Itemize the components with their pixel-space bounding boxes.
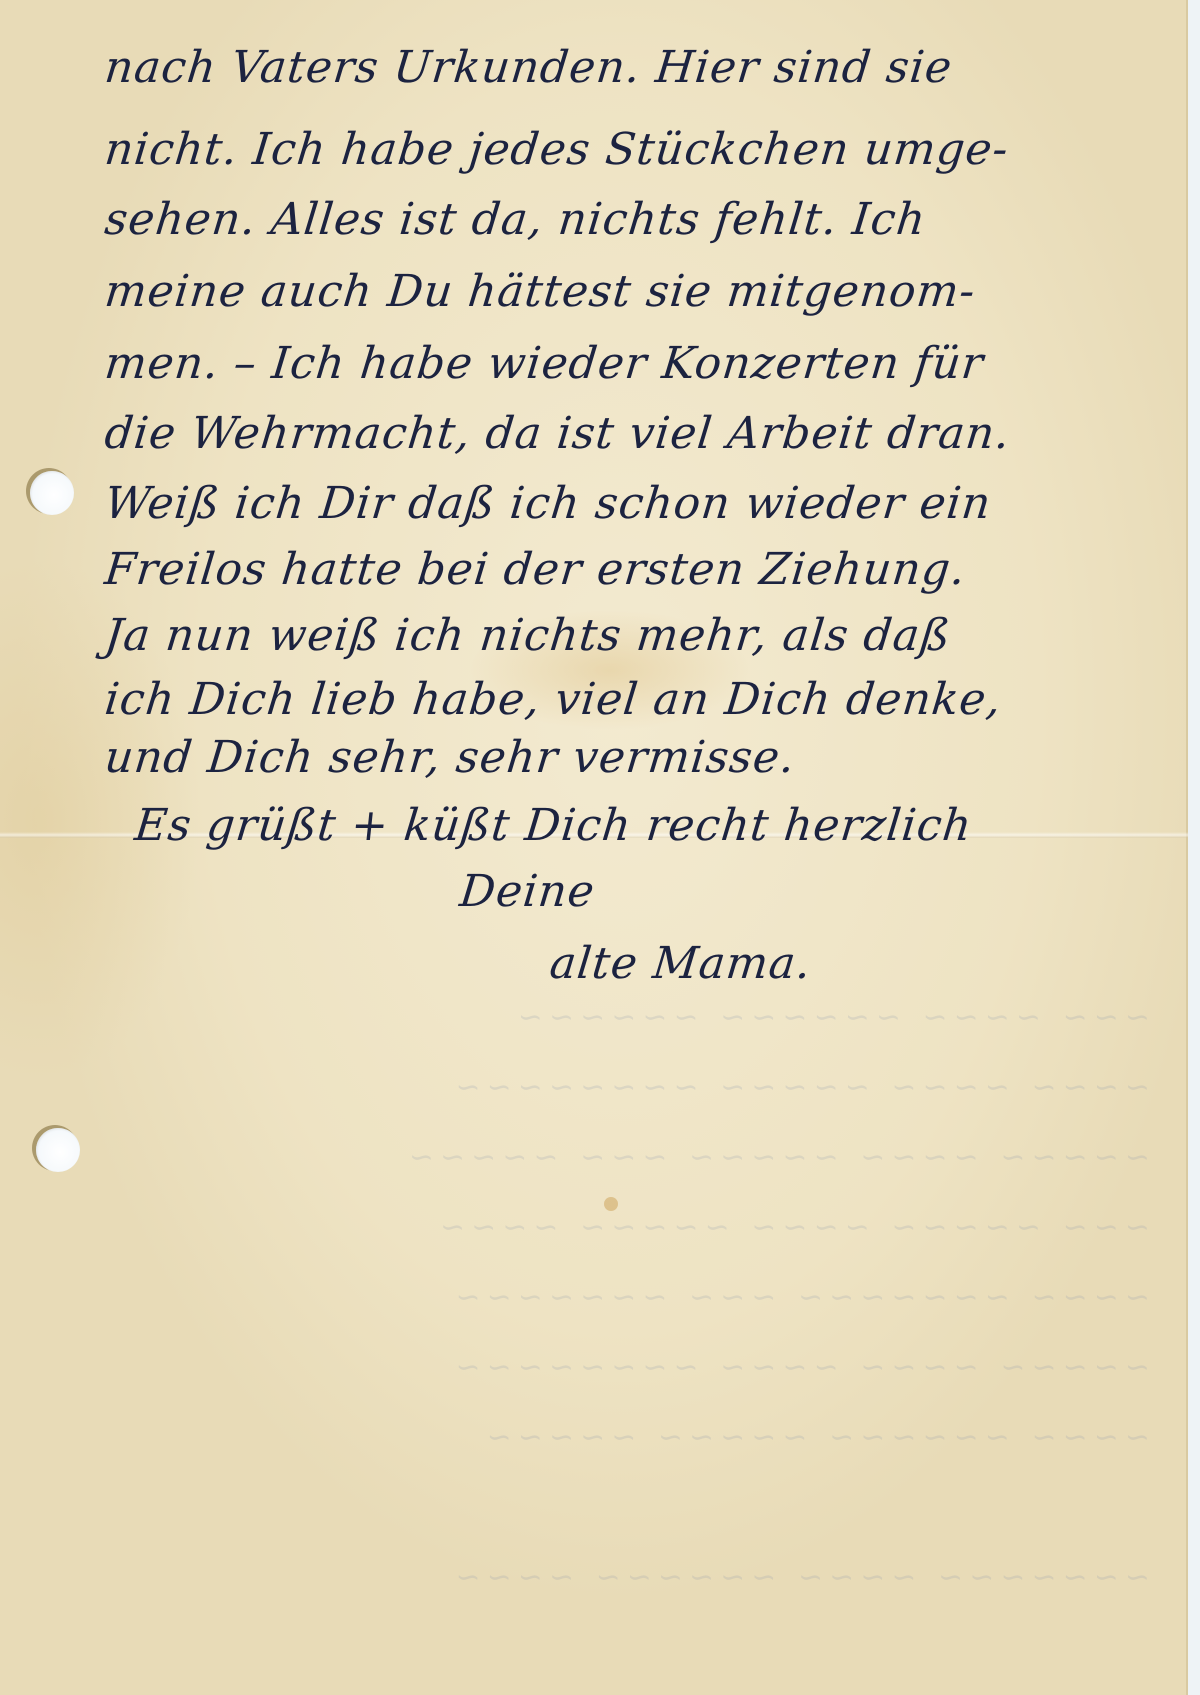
bleed-through-line: ~~~~ ~~~~~~ ~~~~~ ~~~~~ (148, 1420, 1152, 1455)
letter-line: und Dich sehr, sehr vermisse. (102, 732, 798, 783)
foxing-stain (604, 1197, 618, 1211)
letter-line: Freilos hatte bei der ersten Ziehung. (102, 544, 968, 595)
letter-line: Weiß ich Dir daß ich schon wieder ein (102, 478, 994, 529)
punch-hole-top (30, 471, 74, 515)
letter-line: men. – Ich habe wieder Konzerten für (102, 338, 986, 389)
letter-line: die Wehrmacht, da ist viel Arbeit dran. (102, 408, 1013, 459)
signature-salutation: Deine (457, 866, 597, 917)
signature-name: alte Mama. (547, 938, 814, 989)
bleed-through-line: ~~~ ~~~~~ ~~~~ ~~~~~ ~~~~ (148, 1210, 1152, 1245)
letter-line: sehen. Alles ist da, nichts fehlt. Ich (102, 194, 928, 245)
bleed-through-line: ~~~~ ~~~~~~~ ~~~ ~~~~~~~ (148, 1280, 1152, 1315)
bleed-through-line: ~~~~~ ~~~~ ~~~~ ~~~~~~~~ (148, 1350, 1152, 1385)
letter-line: ich Dich lieb habe, viel an Dich denke, (102, 674, 1004, 725)
bleed-through-line: ~~~~ ~~~~ ~~~~~ ~~~~~~~~ (148, 1070, 1152, 1105)
closing-line: Es grüßt + küßt Dich recht herzlich (132, 800, 974, 851)
bleed-through-line: ~~~~~ ~~~~ ~~~~~ ~~~ ~~~~~ (148, 1140, 1152, 1175)
letter-line: nicht. Ich habe jedes Stückchen umge- (102, 124, 1011, 175)
letter-line: Ja nun weiß ich nichts mehr, als daß (102, 610, 953, 661)
bleed-through-line: ~~~ ~~~~ ~~~~~~ ~~~~~~ (148, 1000, 1152, 1035)
scan-background-edge (1188, 0, 1200, 1695)
punch-hole-bottom (36, 1128, 80, 1172)
letter-line: nach Vaters Urkunden. Hier sind sie (102, 42, 955, 93)
bleed-through-line: ~~~~~~~ ~~~~ ~~~~~~ ~~~~ (148, 1560, 1152, 1595)
letter-page: ~~~ ~~~~ ~~~~~~ ~~~~~~ ~~~~ ~~~~ ~~~~~ ~… (0, 0, 1188, 1695)
letter-line: meine auch Du hättest sie mitgenom- (102, 266, 978, 317)
